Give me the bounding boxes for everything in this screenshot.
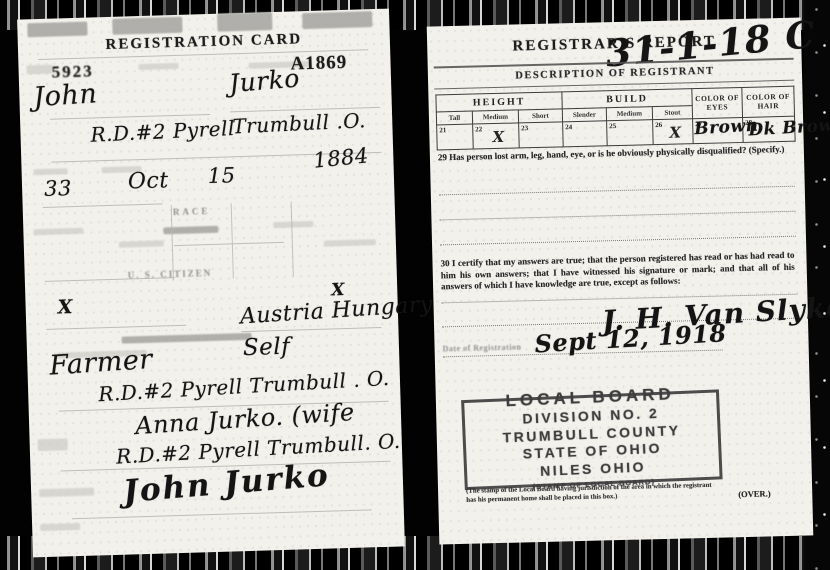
bleed-through-texture bbox=[138, 63, 178, 70]
cell-number: 26 bbox=[655, 121, 662, 129]
last-name-entry: Jurko bbox=[228, 63, 301, 98]
home-address-entry-right: Trumbull .O. bbox=[232, 108, 367, 138]
birth-day-entry: 15 bbox=[207, 163, 235, 188]
registration-card: REGISTRATION CARD 5923 A1869 RACE U. S. … bbox=[17, 9, 405, 558]
form-rule bbox=[72, 509, 372, 519]
height-mark: X bbox=[492, 128, 504, 146]
hair-column-header: COLOR OF HAIR bbox=[742, 86, 795, 117]
first-name-entry: John bbox=[32, 78, 98, 113]
cell-number: 24 bbox=[565, 123, 572, 131]
build-option-stout: Stout bbox=[652, 106, 692, 120]
microfilm-scan: { "colors": { "background": "#020202", "… bbox=[0, 0, 830, 570]
nationality-entry: Austria Hungary bbox=[239, 292, 433, 329]
cell-number: 21 bbox=[439, 126, 446, 134]
occupation-entry: Farmer bbox=[48, 344, 153, 382]
blank-answer-line bbox=[439, 186, 795, 196]
bleed-through-texture bbox=[324, 239, 376, 247]
bleed-through-texture bbox=[122, 333, 252, 344]
bleed-through-texture bbox=[119, 240, 164, 247]
cell-25: 25 bbox=[607, 120, 654, 146]
employer-entry: Self bbox=[243, 334, 291, 361]
home-address-entry-left: R.D.#2 Pyrell bbox=[90, 116, 235, 147]
form-column-rule bbox=[231, 203, 234, 278]
build-option-medium: Medium bbox=[606, 107, 652, 121]
description-table: HEIGHT BUILD COLOR OF EYES COLOR OF HAIR… bbox=[435, 86, 795, 151]
bleed-through-texture bbox=[302, 11, 372, 29]
registrars-report-card: REGISTRAR'S REPORT 31-1-18 C DESCRIPTION… bbox=[427, 18, 814, 545]
bleed-through-texture bbox=[27, 22, 87, 38]
blank-answer-line bbox=[440, 236, 796, 246]
race-section-header: RACE bbox=[173, 206, 211, 217]
build-option-slender: Slender bbox=[562, 108, 606, 122]
age-entry: 33 bbox=[44, 176, 72, 201]
height-option-medium: Medium bbox=[472, 110, 518, 124]
height-option-tall: Tall bbox=[436, 111, 472, 125]
cell-number: 25 bbox=[609, 122, 616, 130]
cell-number: 22 bbox=[475, 125, 482, 133]
bleed-through-texture bbox=[40, 523, 80, 531]
bleed-through-texture bbox=[33, 228, 83, 235]
form-rule bbox=[43, 203, 163, 208]
date-of-registration-label: Date of Registration bbox=[442, 342, 521, 353]
birth-year-entry: 1884 bbox=[312, 143, 370, 172]
bleed-through-texture bbox=[273, 221, 313, 228]
cell-24: 24 bbox=[563, 121, 608, 147]
form-column-rule bbox=[291, 202, 294, 277]
birth-month-entry: Oct bbox=[128, 168, 169, 194]
citizen-section-header: U. S. CITIZEN bbox=[128, 268, 213, 281]
cell-22: 22X bbox=[473, 123, 520, 149]
cell-26: 26X bbox=[653, 119, 694, 145]
form-rule bbox=[174, 242, 284, 246]
cell-21: 21 bbox=[437, 124, 474, 150]
bleed-through-texture bbox=[38, 438, 68, 451]
height-option-short: Short bbox=[518, 109, 562, 123]
race-mark: X bbox=[57, 296, 73, 318]
cell-23: 23 bbox=[519, 122, 564, 148]
eyes-column-header: COLOR OF EYES bbox=[692, 87, 743, 118]
build-mark: X bbox=[669, 123, 681, 141]
local-board-stamp: LOCAL BOARD DIVISION NO. 2 TRUMBULL COUN… bbox=[461, 389, 723, 490]
bleed-through-texture bbox=[39, 488, 94, 498]
over-label: (OVER.) bbox=[738, 488, 771, 499]
form-rule bbox=[46, 325, 186, 330]
cell-number: 23 bbox=[521, 124, 528, 132]
bleed-through-texture bbox=[34, 168, 68, 175]
blank-answer-line bbox=[439, 211, 795, 221]
question-30: 30 I certify that my answers are true; t… bbox=[440, 250, 795, 294]
bleed-through-texture bbox=[217, 12, 273, 32]
bleed-through-texture bbox=[112, 17, 182, 35]
bleed-through-texture bbox=[26, 65, 52, 75]
